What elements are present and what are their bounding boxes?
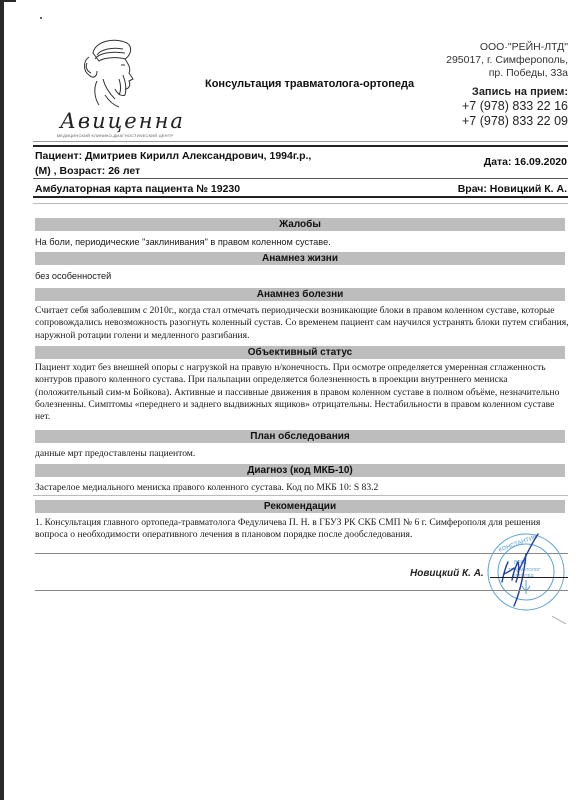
section-text-objective-status: Пациент ходит без внешней опоры с нагруз… — [35, 362, 570, 423]
divider — [33, 178, 568, 179]
clinic-logo-name: Авиценна — [60, 109, 170, 133]
section-text-life-history: без особенностей — [35, 270, 570, 282]
divider — [33, 203, 568, 204]
clinic-logo: Авиценна медицинский клинико-диагностиче… — [55, 35, 155, 135]
company-name: ООО·"РЕЙН-ЛТД" — [446, 41, 568, 54]
section-text-complaints: На боли, периодические "заклинивания" в … — [35, 236, 570, 248]
divider — [33, 141, 568, 142]
appointment-block: Запись на прием: +7 (978) 833 22 16 +7 (… — [462, 86, 568, 129]
section-header-objective-status: Объективный статус — [35, 346, 565, 359]
company-info: ООО·"РЕЙН-ЛТД" 295017, г. Симферополь, п… — [446, 41, 568, 80]
clinic-logo-subtitle: медицинский клинико-диагностический цент… — [47, 133, 183, 138]
section-header-exam-plan: План обследования — [35, 430, 565, 443]
scan-speck — [40, 17, 42, 19]
appointment-label: Запись на прием: — [462, 86, 568, 99]
section-text-exam-plan: данные мрт предоставлены пациентом. — [35, 448, 570, 460]
section-text-diagnosis: Застарелое медиального мениска правого к… — [35, 482, 570, 494]
divider — [33, 495, 568, 496]
section-header-complaints: Жалобы — [35, 218, 565, 231]
section-header-disease-history: Анамнез болезни — [35, 288, 565, 301]
section-header-recommendations: Рекомендации — [35, 500, 565, 513]
scan-top-edge — [0, 0, 16, 2]
signature-doctor-name: Новицкий К. А. — [410, 568, 484, 579]
phone-1: +7 (978) 833 22 16 — [462, 99, 568, 114]
avicenna-portrait-icon — [75, 35, 145, 110]
section-header-diagnosis: Диагноз (код МКБ-10) — [35, 464, 565, 477]
patient-card-number: Амбулаторная карта пациента № 19230 — [35, 183, 240, 195]
visit-date: Дата: 16.09.2020 — [484, 156, 567, 168]
divider — [35, 590, 568, 591]
patient-sex-age: (М) , Возраст: 26 лет — [35, 165, 140, 177]
section-text-disease-history: Считает себя заболевшим с 2010г., когда … — [35, 305, 570, 342]
company-address-line2: пр. Победы, 33а — [446, 67, 568, 80]
company-address-line1: 295017, г. Симферополь, — [446, 54, 568, 67]
document-title: Консультация травматолога-ортопеда — [205, 78, 414, 90]
phone-2: +7 (978) 833 22 09 — [462, 114, 568, 129]
divider — [33, 196, 568, 198]
divider — [33, 145, 568, 147]
section-header-life-history: Анамнез жизни — [35, 252, 565, 265]
patient-name: Пациент: Дмитриев Кирилл Александрович, … — [35, 150, 311, 162]
signature-line — [490, 577, 568, 578]
doctor-name: Врач: Новицкий К. А. — [458, 183, 567, 195]
scan-left-edge — [0, 0, 4, 800]
